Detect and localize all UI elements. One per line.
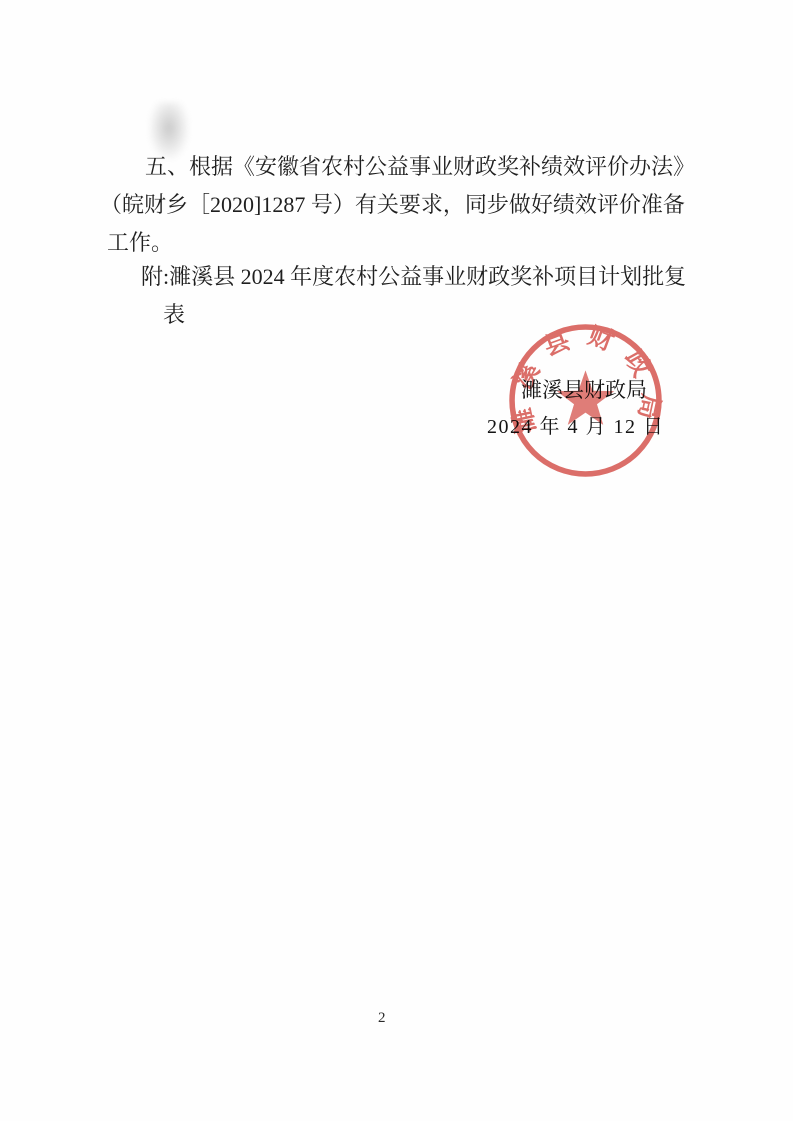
page-number: 2 xyxy=(378,1010,386,1027)
seal-star-icon xyxy=(557,370,614,425)
paragraph-line: 工作。 xyxy=(107,228,173,258)
paragraph-line: （皖财乡［2020]1287 号）有关要求，同步做好绩效评价准备 xyxy=(100,190,685,220)
official-seal-stamp: 濉溪县财政局 xyxy=(505,320,666,481)
document-page: 五、根据《安徽省农村公益事业财政奖补绩效评价办法》 （皖财乡［2020]1287… xyxy=(0,0,793,1121)
attachment-line: 附:濉溪县 2024 年度农村公益事业财政奖补项目计划批复 xyxy=(141,262,686,292)
paragraph-line: 五、根据《安徽省农村公益事业财政奖补绩效评价办法》 xyxy=(145,152,695,182)
attachment-line-wrap: 表 xyxy=(163,300,185,330)
